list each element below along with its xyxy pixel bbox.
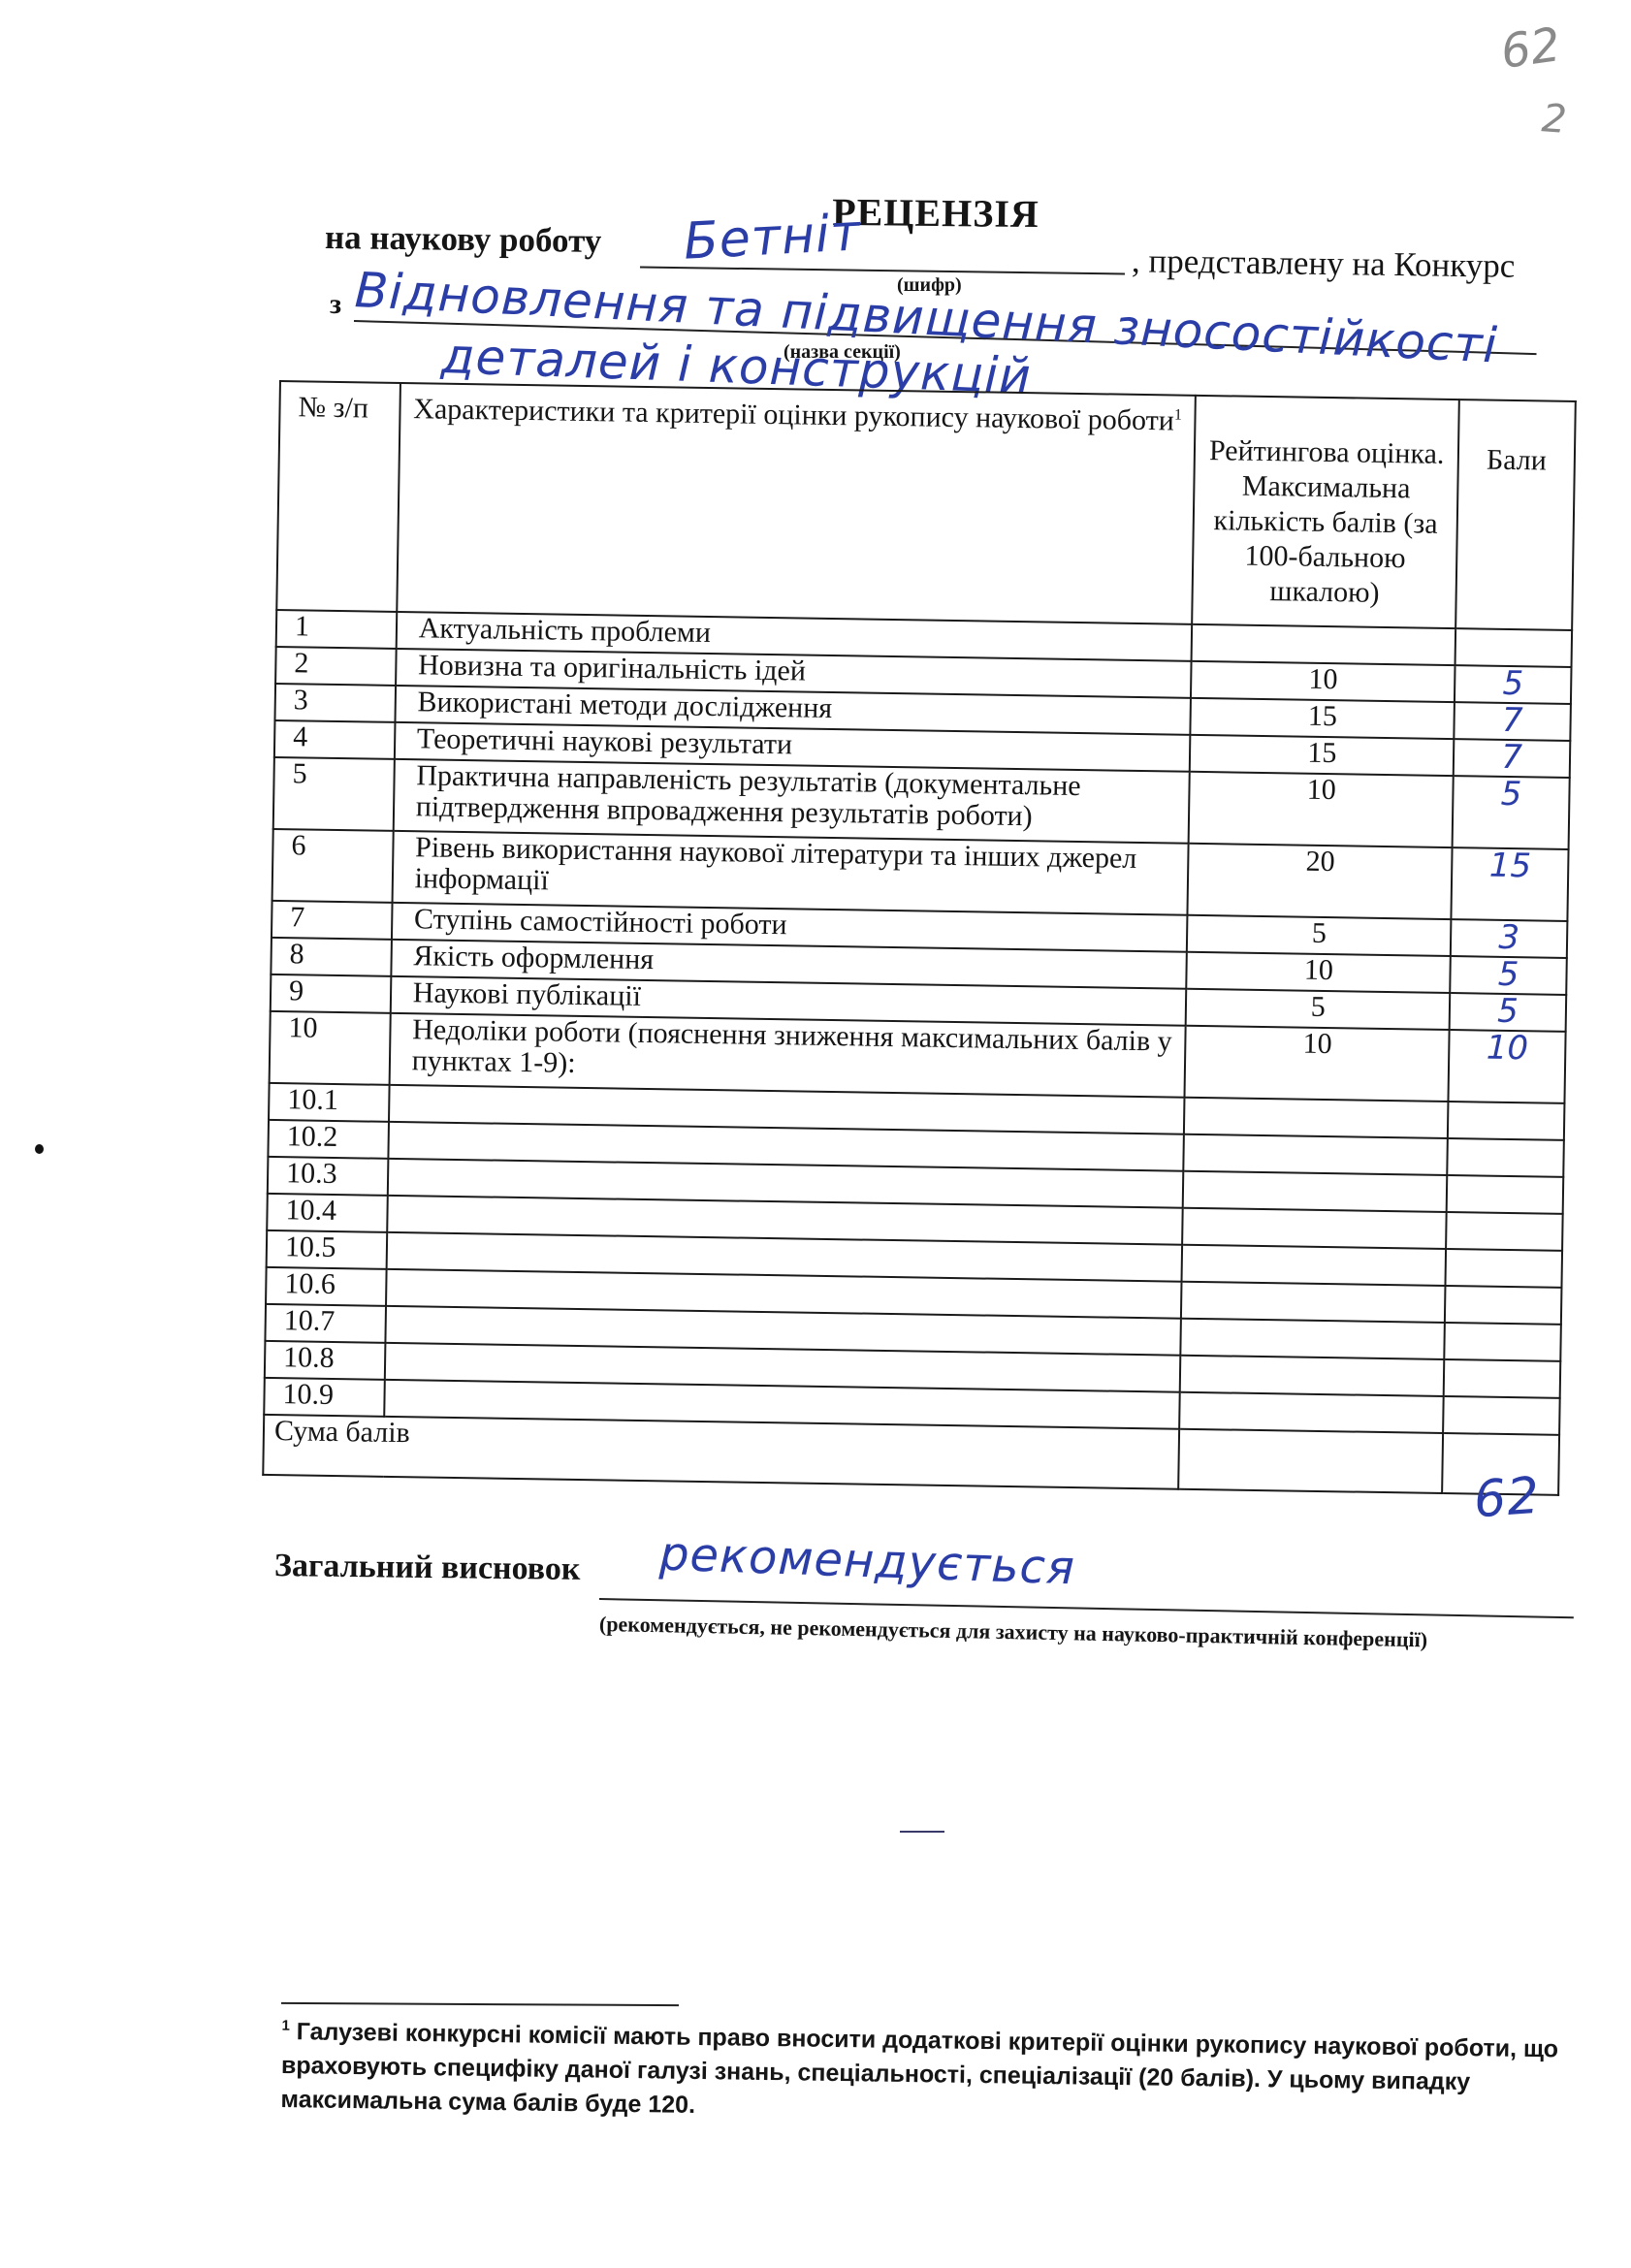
row-max-score: 10 [1185, 1026, 1450, 1102]
row-points-value: 15 [1488, 847, 1531, 886]
row-max-score: 15 [1191, 698, 1455, 739]
row-number: 10.4 [267, 1194, 387, 1232]
row-number: 10.7 [265, 1304, 385, 1343]
row-points[interactable] [1446, 1249, 1562, 1288]
row-points[interactable]: 7 [1455, 702, 1571, 741]
row-number: 10.6 [266, 1267, 386, 1306]
footnote-separator [281, 2002, 679, 2006]
footnote-ref: 1 [1174, 407, 1182, 424]
row-number: 10.3 [268, 1157, 388, 1196]
conclusion-field[interactable]: рекомендується [658, 1527, 1076, 1596]
row-points[interactable] [1455, 628, 1572, 667]
footnote-mark: 1 [281, 2018, 290, 2034]
row-number: 3 [274, 684, 395, 722]
row-number: 1 [276, 610, 397, 649]
row-number: 10.2 [268, 1120, 388, 1159]
row-number: 9 [271, 974, 391, 1013]
row-criteria: Недоліки роботи (пояснення зниження макс… [389, 1013, 1186, 1098]
row-points-value: 10 [1486, 1029, 1528, 1069]
row-max-score: 5 [1187, 915, 1451, 956]
row-points-value: 5 [1497, 955, 1519, 994]
row-points[interactable] [1445, 1286, 1561, 1325]
row-points[interactable]: 3 [1451, 919, 1567, 958]
row-max-score: 10 [1189, 772, 1454, 847]
row-max-score [1181, 1319, 1445, 1359]
row-max-score [1182, 1245, 1446, 1286]
header-max-score: Рейтингова оцінка. Максимальна кількість… [1193, 396, 1459, 628]
row-criteria: Практична направленість результатів (док… [393, 759, 1190, 844]
table-header-row: № з/п Характеристики та критерії оцінки … [276, 381, 1576, 630]
row-max-score [1182, 1208, 1446, 1249]
section-prefix: з [330, 288, 341, 321]
page-sub-annotation: 2 [1540, 96, 1568, 143]
header-criteria: Характеристики та критерії оцінки рукопи… [397, 383, 1196, 624]
page-number-annotation: 62 [1497, 17, 1563, 80]
row-max-score: 20 [1188, 844, 1453, 919]
row-max-score: 15 [1190, 735, 1454, 776]
row-number: 10.9 [264, 1378, 384, 1417]
row-number: 10.1 [269, 1083, 389, 1122]
row-points-value: 5 [1502, 664, 1523, 703]
row-number: 10.5 [267, 1230, 387, 1269]
row-points[interactable] [1447, 1138, 1563, 1177]
row-max-score [1192, 624, 1455, 665]
row-points[interactable]: 5 [1450, 956, 1566, 995]
row-points[interactable] [1446, 1212, 1562, 1251]
row-number: 5 [273, 757, 395, 831]
row-points-value: 5 [1500, 775, 1521, 814]
row-points-value: 5 [1497, 992, 1519, 1031]
header-criteria-text: Характеристики та критерії оцінки рукопи… [413, 393, 1174, 436]
header-num: № з/п [276, 381, 400, 612]
sum-value[interactable]: 62 [1472, 1467, 1542, 1530]
row-points[interactable] [1444, 1323, 1560, 1361]
row-number: 10 [270, 1011, 391, 1085]
punch-dot-mark [35, 1144, 44, 1154]
row-number: 4 [274, 720, 395, 759]
row-points[interactable]: 7 [1454, 739, 1570, 778]
row-max-score [1184, 1098, 1448, 1138]
row-points-value: 3 [1498, 918, 1519, 957]
conclusion-caption: (рекомендується, не рекомендується для з… [599, 1612, 1428, 1652]
row-number: 6 [272, 829, 394, 903]
row-max-score: 10 [1187, 952, 1451, 993]
row-points[interactable]: 10 [1449, 1030, 1566, 1103]
row-criteria: Рівень використання наукової літератури … [392, 831, 1189, 915]
row-points-value: 7 [1501, 738, 1522, 777]
work-label: на наукову роботу [325, 218, 602, 261]
row-max-score: 5 [1186, 989, 1450, 1030]
conclusion-label: Загальний висновок [274, 1548, 581, 1588]
row-points[interactable]: 15 [1452, 847, 1569, 921]
row-max-score [1180, 1356, 1444, 1396]
row-points[interactable] [1443, 1396, 1559, 1435]
row-number: 7 [272, 901, 392, 940]
footnote: 1 Галузеві конкурсні комісії мають право… [280, 2015, 1585, 2135]
stray-dash-mark [900, 1831, 944, 1833]
row-points[interactable]: 5 [1453, 776, 1570, 849]
sum-max-cell [1179, 1429, 1444, 1493]
row-max-score: 10 [1191, 661, 1455, 702]
cipher-field[interactable]: Бетніт [683, 204, 863, 271]
row-max-score [1179, 1392, 1443, 1433]
row-points[interactable]: 5 [1450, 993, 1566, 1032]
row-number: 8 [271, 938, 391, 976]
evaluation-table: № з/п Характеристики та критерії оцінки … [262, 380, 1577, 1496]
row-points[interactable] [1448, 1102, 1564, 1140]
row-max-score [1183, 1171, 1447, 1212]
row-points[interactable] [1447, 1175, 1563, 1214]
row-points[interactable]: 5 [1455, 665, 1571, 704]
row-max-score [1181, 1282, 1445, 1323]
row-points[interactable] [1444, 1359, 1560, 1398]
row-number: 2 [275, 647, 396, 686]
footnote-text: Галузеві конкурсні комісії мають право в… [280, 2018, 1558, 2119]
row-max-score [1184, 1134, 1448, 1175]
section-caption: (назва секції) [784, 341, 901, 364]
row-number: 10.8 [265, 1341, 385, 1380]
header-points: Бали [1455, 399, 1576, 630]
row-points-value: 7 [1502, 701, 1523, 740]
submitted-label: , представлену на Конкурс [1132, 241, 1516, 286]
